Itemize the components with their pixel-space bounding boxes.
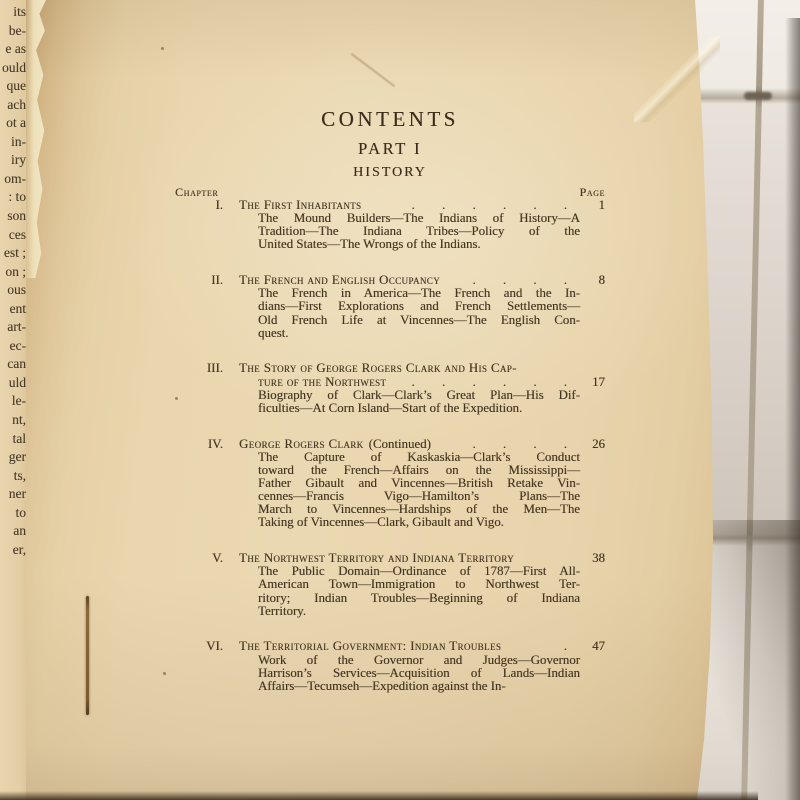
page-number: 8 [579, 274, 605, 287]
left-page-fragment-line: be- [0, 22, 26, 41]
chapter-title: George Rogers Clark [239, 438, 364, 451]
left-page-fragment-line: ts, [0, 467, 26, 486]
chapter-numeral: VI. [175, 640, 223, 653]
left-page-fragment-line: to [0, 504, 26, 523]
summary-line: Territory. [258, 605, 580, 618]
summary-line: The Capture of Kaskaskia—Clark’s Conduct [258, 451, 580, 464]
left-page-text-fragments: itsbe-e asouldqueachot ain-iryom-: toson… [0, 3, 26, 559]
part-heading: PART I [175, 139, 605, 159]
column-header-row: Chapter Page [175, 186, 605, 198]
left-page-fragment-line: ould [0, 59, 26, 78]
chapter-numeral: III. [175, 362, 223, 375]
chapter-title: ture of the Northwest [258, 376, 386, 389]
summary-line: ritory; Indian Troubles—Beginning of Ind… [258, 592, 580, 605]
page-number: 47 [579, 640, 605, 653]
left-page-fragment-line: in- [0, 133, 26, 152]
summary-line: Affairs—Tecumseh—Expedition against the … [258, 680, 580, 693]
toc-entry-heading: IV.George Rogers Clark(Continued). . . .… [175, 438, 605, 451]
left-page-fragment-line: iry [0, 151, 26, 170]
left-page-fragment-line: ger [0, 448, 26, 467]
left-page-fragment-line: om- [0, 170, 26, 189]
left-page-fragment-line: que [0, 77, 26, 96]
leader-dots: . [501, 640, 579, 653]
left-page-fragment-line: an [0, 522, 26, 541]
toc-entry: III.The Story of George Rogers Clark and… [175, 362, 605, 415]
summary-line: American Town—Immigration to Northwest T… [258, 578, 580, 591]
toc-entry-heading: III.The Story of George Rogers Clark and… [175, 362, 605, 375]
left-page-fragment-line: ent [0, 300, 26, 319]
chapter-summary: Biography of Clark—Clark’s Great Plan—Hi… [258, 389, 580, 415]
left-page-fragment-line: er, [0, 541, 26, 560]
left-page-fragment-line: tal [0, 430, 26, 449]
contents-title: CONTENTS [175, 107, 605, 132]
binding-staple [86, 596, 89, 715]
chapter-title-suffix: (Continued) [369, 438, 431, 451]
toc-entry-heading: VI.The Territorial Government: Indian Tr… [175, 640, 605, 653]
page-corner-fold [634, 36, 720, 122]
chapter-numeral: II. [175, 274, 223, 287]
summary-line: Biography of Clark—Clark’s Great Plan—Hi… [258, 389, 580, 402]
left-page-fragment-line: its [0, 3, 26, 22]
left-page-fragment-line: le- [0, 392, 26, 411]
summary-line: Old French Life at Vincennes—The English… [258, 314, 580, 327]
left-page-fragment-line: ec- [0, 337, 26, 356]
page-number: 38 [579, 552, 605, 565]
book-contents-photo: itsbe-e asouldqueachot ain-iryom-: toson… [0, 0, 800, 800]
page-number: 17 [579, 376, 605, 389]
left-page-fragment-line: ot a [0, 114, 26, 133]
contents-text: CONTENTS PART I HISTORY Chapter Page I.T… [175, 107, 605, 716]
left-page-fragment-line: : to [0, 188, 26, 207]
left-page-fragment-line: nt, [0, 411, 26, 430]
toc-entries: I.The First Inhabitants. . . . . .1The M… [175, 199, 605, 693]
paper-speck [163, 672, 166, 675]
left-page-fragment-line: can [0, 355, 26, 374]
chapter-numeral: IV. [175, 438, 223, 451]
tile-grout-intersection [744, 92, 772, 100]
chapter-summary: The Mound Builders—The Indians of Histor… [258, 212, 580, 251]
left-page-fragment-line: son [0, 207, 26, 226]
summary-line: United States—The Wrongs of the Indians. [258, 238, 580, 251]
toc-entry: VI.The Territorial Government: Indian Tr… [175, 640, 605, 693]
chapter-title: The Story of George Rogers Clark and His… [239, 362, 517, 375]
chapter-summary: The French in America—The French and the… [258, 287, 580, 340]
summary-line: ficulties—At Corn Island—Start of the Ex… [258, 402, 580, 415]
leader-dots: . . . . . . [386, 376, 579, 389]
toc-entry-heading: ture of the Northwest. . . . . .17 [175, 376, 605, 389]
chapter-summary: The Capture of Kaskaskia—Clark’s Conduct… [258, 451, 580, 530]
chapter-title: The Territorial Government: Indian Troub… [239, 640, 501, 653]
left-page-fragment-line: uld [0, 374, 26, 393]
chapter-summary: The Public Domain—Ordinance of 1787—Firs… [258, 565, 580, 618]
left-page-fragment-line: ner [0, 485, 26, 504]
chapter-column-header: Chapter [175, 186, 218, 198]
summary-line: Harrison’s Services—Acquisition of Lands… [258, 667, 580, 680]
toc-entry: IV.George Rogers Clark(Continued). . . .… [175, 438, 605, 530]
chapter-numeral: I. [175, 199, 223, 212]
left-page-fragment-line: est ; [0, 244, 26, 263]
left-page-fragment-line: ces [0, 226, 26, 245]
chapter-summary: Work of the Governor and Judges—Governor… [258, 654, 580, 693]
page-number: 26 [579, 438, 605, 451]
paper-speck [161, 47, 164, 50]
section-heading: HISTORY [175, 164, 605, 181]
summary-line: quest. [258, 327, 580, 340]
left-page-fragment-line: ous [0, 281, 26, 300]
toc-entry: II.The French and English Occupancy. . .… [175, 274, 605, 340]
leader-dots: . . . . [431, 438, 579, 451]
chapter-numeral: V. [175, 552, 223, 565]
page-column-header: Page [579, 186, 605, 198]
summary-line: dians—First Explorations and French Sett… [258, 300, 580, 313]
summary-line: Work of the Governor and Judges—Governor [258, 654, 580, 667]
photo-bottom-shadow [0, 791, 758, 800]
toc-entry: I.The First Inhabitants. . . . . .1The M… [175, 199, 605, 252]
left-page-fragment-line: art- [0, 318, 26, 337]
summary-line: Taking of Vincennes—Clark, Gibault and V… [258, 516, 580, 529]
left-page-fragment-line: on ; [0, 263, 26, 282]
left-page-fragment-line: e as [0, 40, 26, 59]
page-number: 1 [579, 199, 605, 212]
toc-entry: V.The Northwest Territory and Indiana Te… [175, 552, 605, 618]
left-page-fragment-line: ach [0, 96, 26, 115]
